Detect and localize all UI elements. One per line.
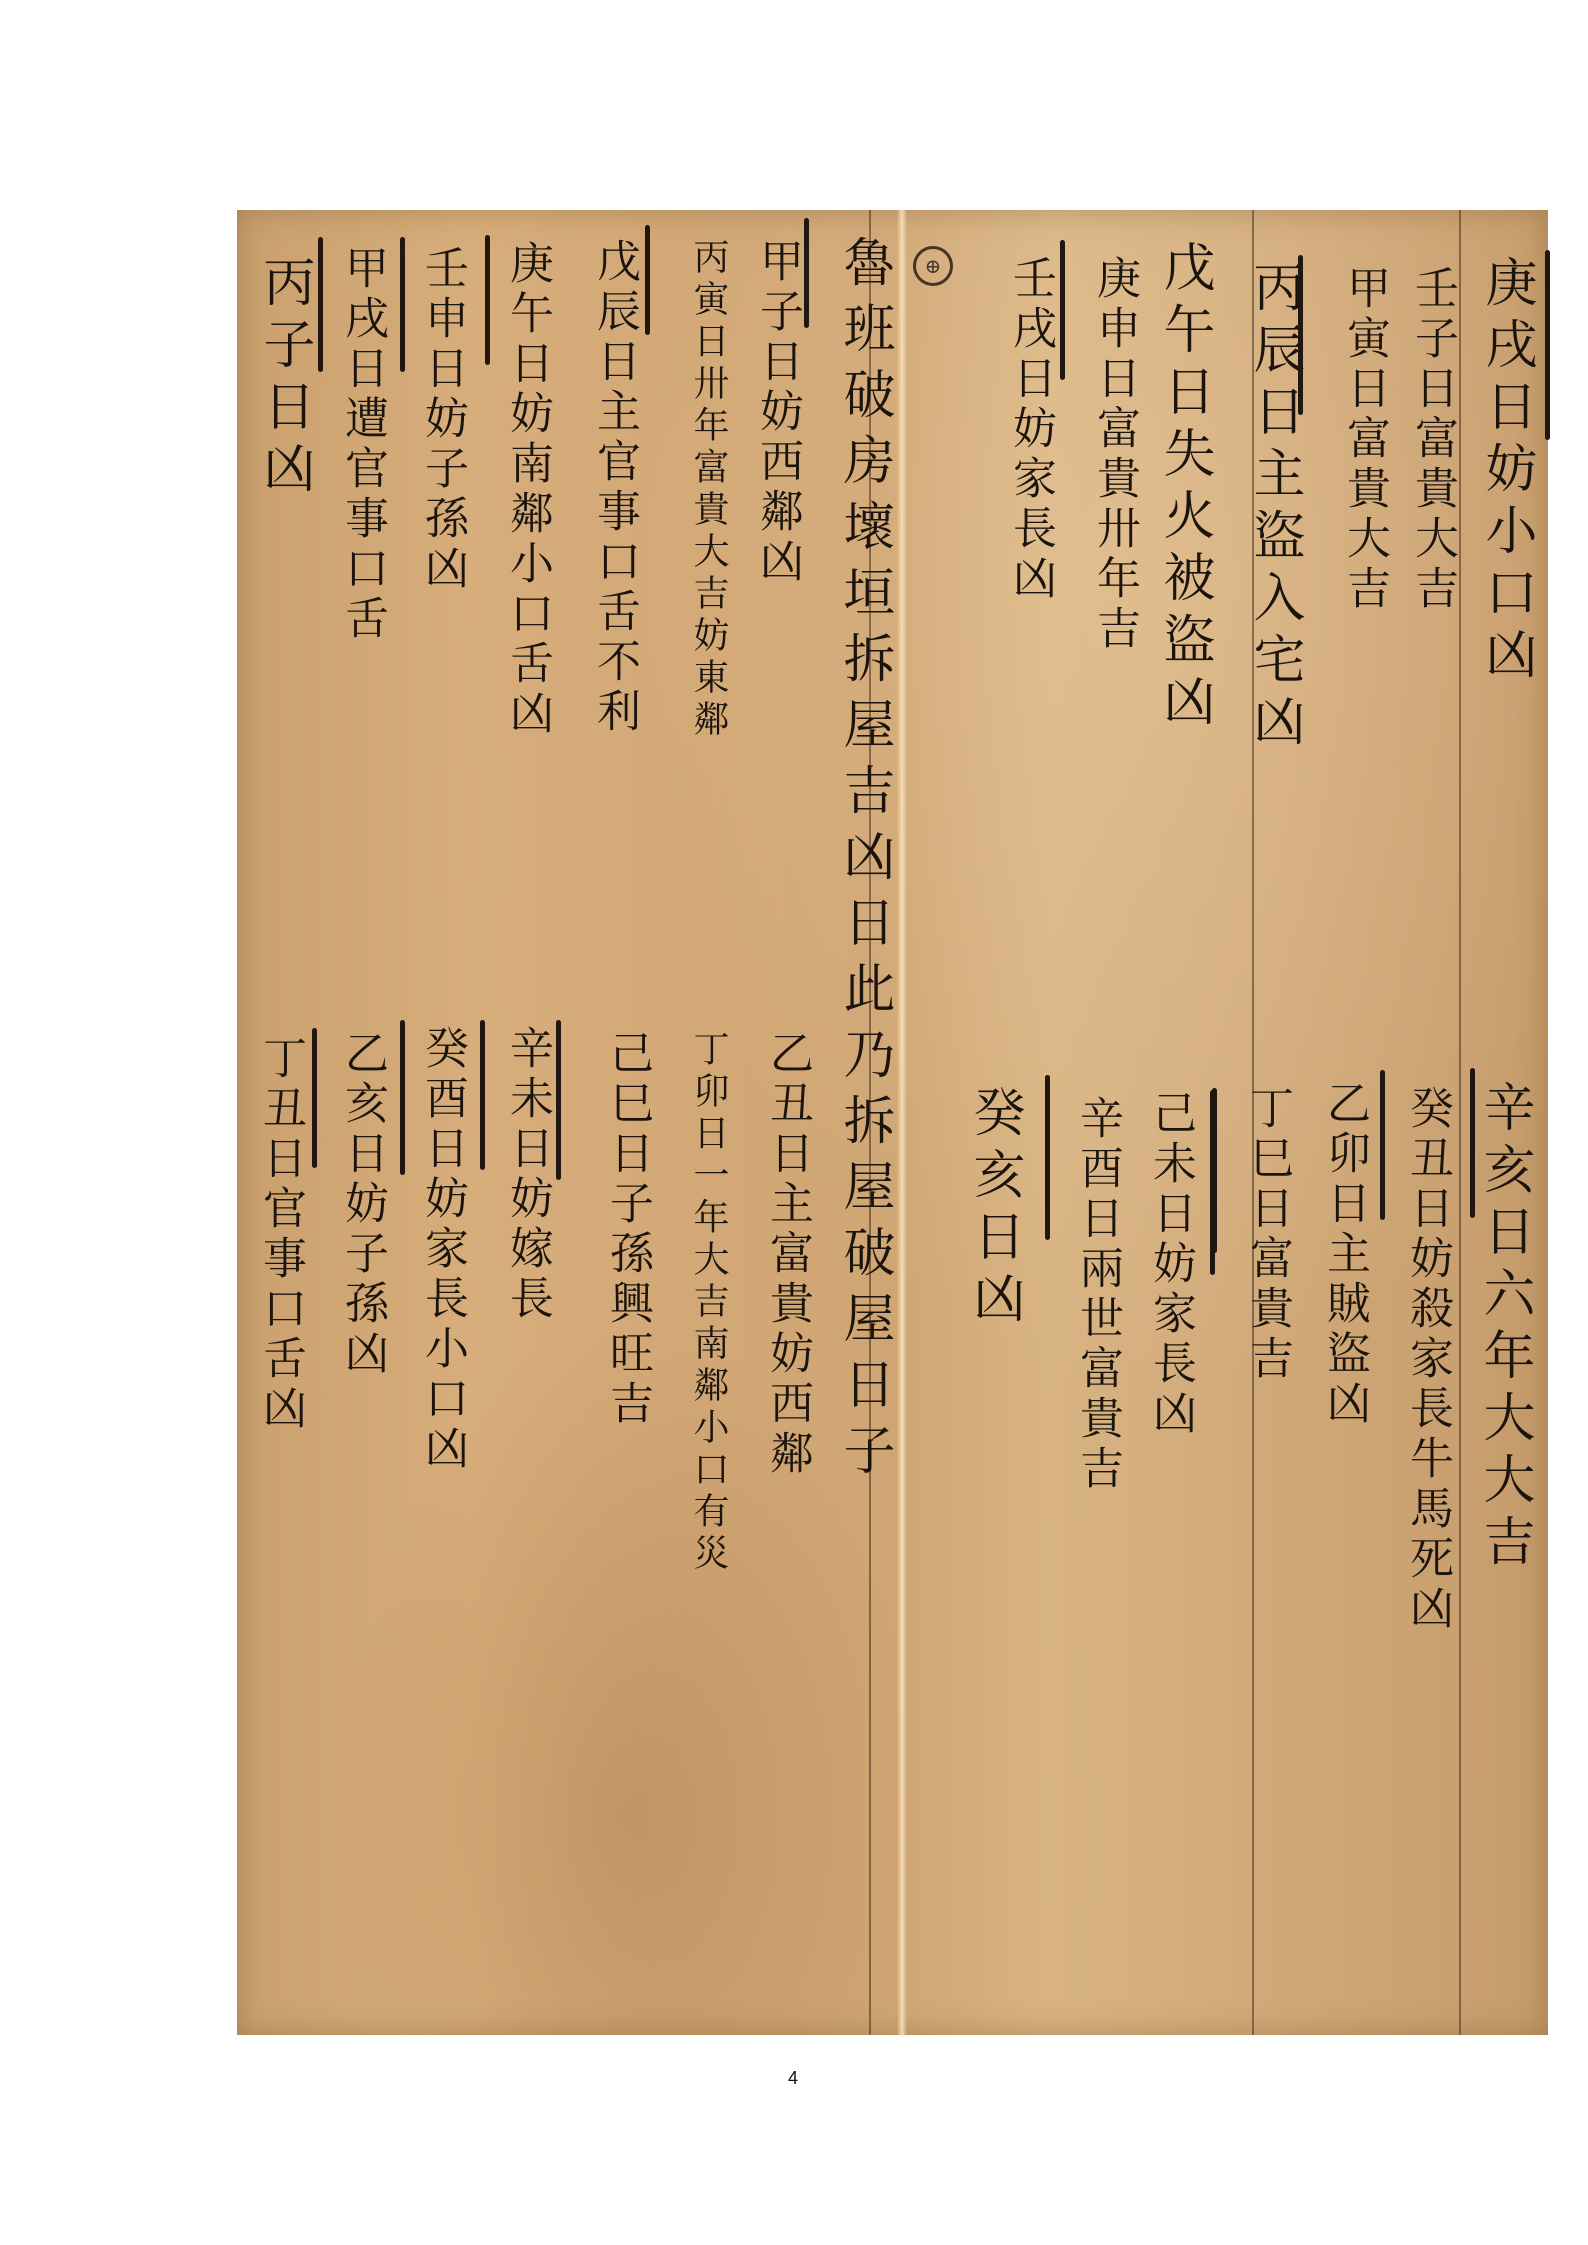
entry-marker-bar: [1210, 1090, 1215, 1275]
entry-upper-right-3: 甲寅日富貴大吉: [1342, 265, 1386, 615]
entry-lower-left-5: 癸酉日妨家長小口凶: [420, 1025, 464, 1475]
entry-lower-right-1: 辛亥日六年大大吉: [1478, 1080, 1530, 1576]
entry-marker-bar: [556, 1020, 561, 1180]
entry-marker-bar: [400, 237, 405, 372]
entry-marker-bar: [312, 1028, 317, 1168]
entry-upper-right-5: 戊午日失火被盜凶: [1158, 240, 1210, 736]
entry-lower-right-6: 辛酉日兩世富貴吉: [1075, 1095, 1119, 1495]
entry-marker-bar: [1060, 240, 1065, 380]
page-number: 4: [778, 2068, 808, 2089]
entry-marker-bar: [1545, 250, 1550, 440]
entry-marker-bar: [400, 1020, 405, 1175]
entry-upper-right-4: 丙辰日主盜入宅凶: [1248, 260, 1300, 756]
entry-lower-left-1: 乙丑日主富貴妨西鄰: [765, 1030, 809, 1480]
entry-upper-left-5: 壬申日妨子孫凶: [420, 245, 464, 595]
entry-lower-right-2: 癸丑日妨殺家長牛馬死凶: [1405, 1085, 1449, 1635]
entry-lower-left-6: 乙亥日妨子孫凶: [340, 1030, 384, 1380]
entry-upper-left-6: 甲戌日遭官事口舌: [340, 245, 384, 645]
entry-marker-bar: [804, 218, 809, 328]
entry-lower-right-5: 己未日妨家長凶: [1148, 1090, 1192, 1440]
entry-lower-left-3: 己巳日子孫興旺吉: [605, 1030, 649, 1430]
entry-marker-bar: [1380, 1070, 1385, 1220]
entry-lower-left-4: 辛未日妨嫁長: [505, 1025, 549, 1325]
entry-upper-left-7: 丙子日凶: [258, 255, 310, 503]
entry-upper-left-3: 戊辰日主官事口舌不利: [592, 238, 636, 738]
entry-marker-bar: [480, 1020, 485, 1170]
entry-marker-bar: [645, 225, 650, 335]
entry-upper-right-6: 庚申日富貴卅年吉: [1092, 255, 1136, 655]
entry-lower-left-7: 丁丑日官事口舌凶: [258, 1035, 302, 1435]
entry-marker-bar: [1298, 255, 1303, 415]
entry-lower-left-2: 丁卯日一年大吉南鄰小口有災: [690, 1030, 726, 1576]
entry-upper-right-2: 壬子日富貴大吉: [1410, 265, 1454, 615]
seal-stamp-icon: ⊕: [913, 246, 953, 286]
entry-lower-right-3: 乙卯日主賊盜凶: [1322, 1080, 1366, 1430]
column-rule: [1459, 210, 1461, 2035]
entry-marker-bar: [318, 237, 323, 372]
entry-marker-bar: [1045, 1075, 1050, 1240]
entry-upper-right-1: 庚戌日妨小口凶: [1480, 255, 1532, 689]
heading-luban-house-breaking-days: 魯班破房壞垣拆屋吉凶日此乃拆屋破屋日子: [838, 235, 890, 1489]
entry-upper-left-2: 丙寅日卅年富貴大吉妨東鄰: [690, 238, 726, 742]
entry-lower-right-7: 癸亥日凶: [968, 1085, 1020, 1333]
entry-upper-left-4: 庚午日妨南鄰小口舌凶: [505, 240, 549, 740]
entry-marker-bar: [1470, 1068, 1475, 1218]
entry-upper-left-1: 甲子日妨西鄰凶: [755, 238, 799, 588]
entry-marker-bar: [485, 235, 490, 365]
center-fold: [897, 210, 907, 2035]
entry-upper-right-7: 壬戌日妨家長凶: [1008, 255, 1052, 605]
entry-lower-right-4: 丁巳日富貴吉: [1245, 1085, 1289, 1385]
